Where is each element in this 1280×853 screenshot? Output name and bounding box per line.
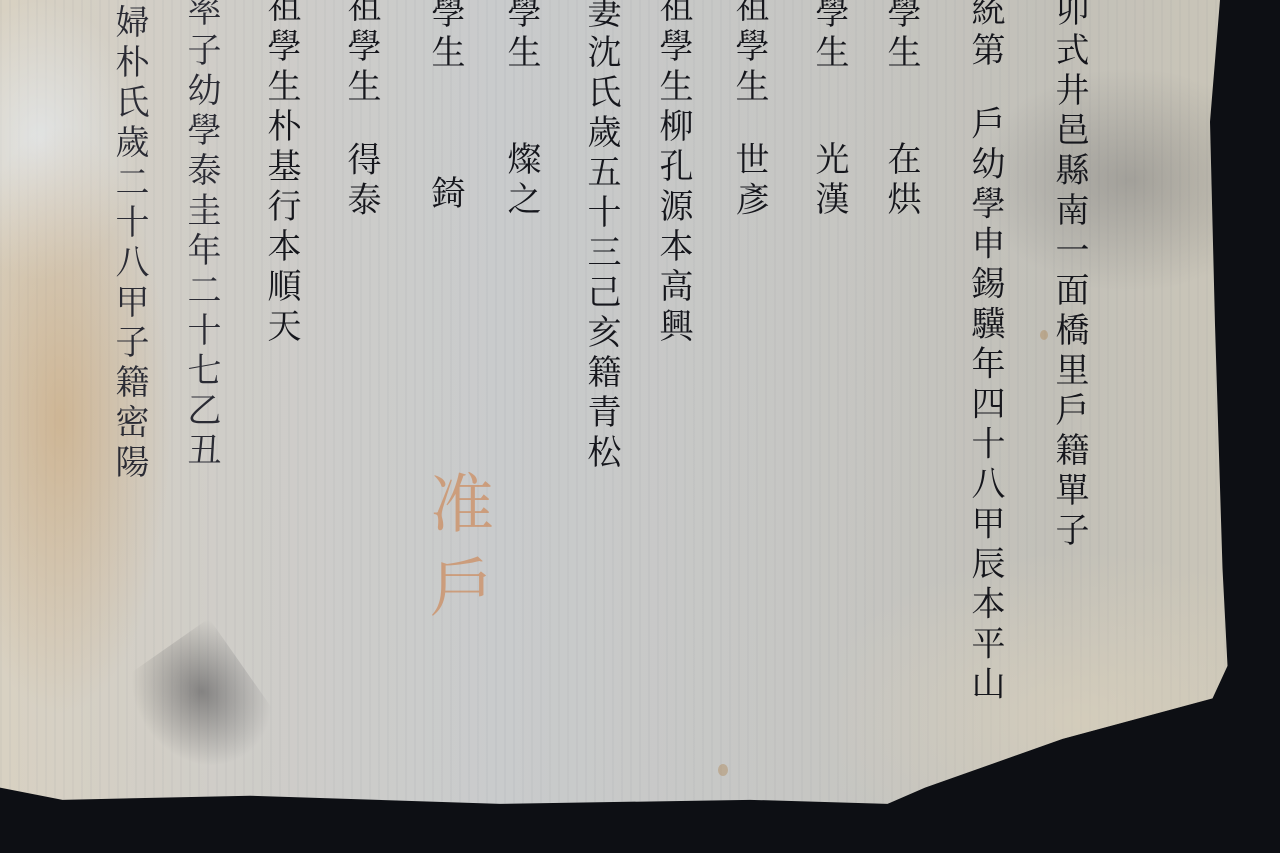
stain-spot	[718, 764, 728, 776]
text-column-4: 學生 光漢	[812, 0, 846, 221]
text-column-6: 祖學生柳孔源本高興	[656, 0, 690, 348]
text-column-5: 祖學生 世彥	[732, 0, 766, 222]
text-column-8: 學生 燦之	[504, 0, 538, 221]
stain-spot	[1040, 330, 1048, 340]
text-column-10: 祖學生 得泰	[344, 0, 378, 222]
text-column-7: 妻沈氏歲五十三己亥籍青松	[584, 0, 618, 474]
text-column-13: 婦朴氏歲二十八甲子籍密陽	[112, 4, 146, 484]
text-column-2: 統第 戶幼學申錫驥年四十八甲辰本平山	[968, 0, 1002, 706]
red-annotation: 准戶	[410, 470, 502, 638]
text-column-1: 卯式井邑縣南一面橋里戶籍單子	[1052, 0, 1086, 552]
text-column-9: 學生 錡	[428, 0, 462, 215]
text-column-3: 學生 在烘	[884, 0, 918, 221]
text-column-12: 率子幼學泰圭年二十七乙丑	[184, 0, 218, 472]
text-column-11: 祖學生朴基行本順天	[264, 0, 298, 348]
